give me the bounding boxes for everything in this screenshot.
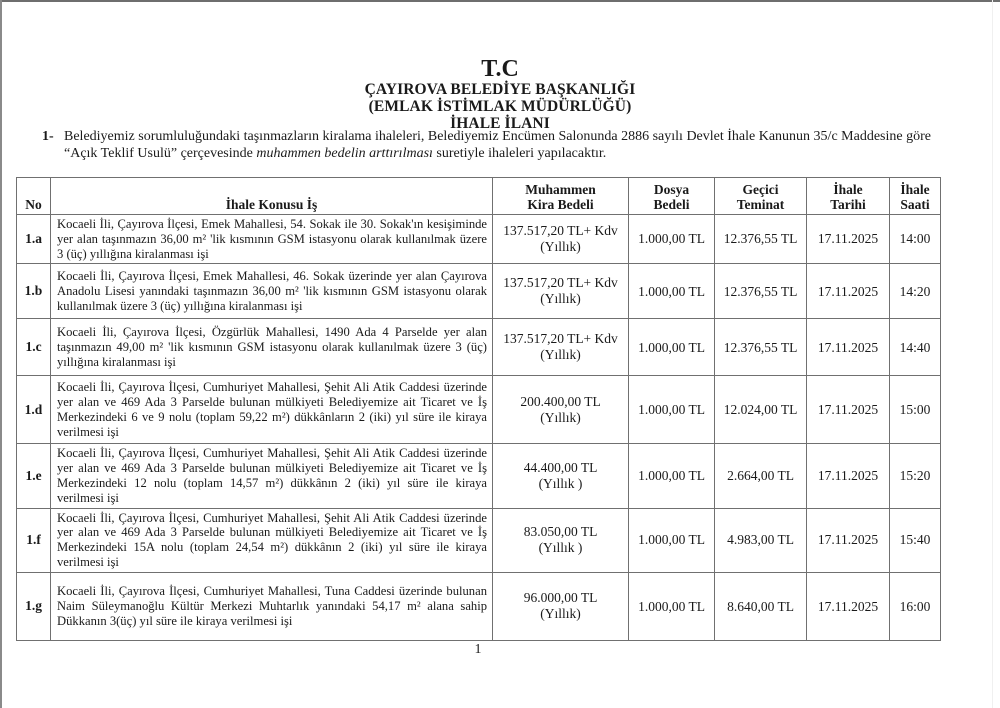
table-row: 1.cKocaeli İli, Çayırova İlçesi, Özgürlü… <box>17 319 941 376</box>
cell-deposit: 12.024,00 TL <box>715 376 807 444</box>
page-number: 1 <box>0 642 956 658</box>
cell-file-fee: 1.000,00 TL <box>629 572 715 640</box>
rent-price-amount: 96.000,00 TL <box>493 590 628 606</box>
cell-no: 1.a <box>17 215 51 264</box>
cell-subject: Kocaeli İli, Çayırova İlçesi, Emek Mahal… <box>51 215 493 264</box>
column-header-line: Tarihi <box>807 197 889 212</box>
rent-price-period: (Yıllık ) <box>493 476 628 492</box>
cell-time: 14:00 <box>890 215 941 264</box>
cell-no: 1.c <box>17 319 51 376</box>
cell-deposit: 12.376,55 TL <box>715 215 807 264</box>
intro-line-1: Belediyemiz sorumluluğundaki taşınmazlar… <box>64 128 931 145</box>
cell-date: 17.11.2025 <box>807 264 890 319</box>
cell-subject: Kocaeli İli, Çayırova İlçesi, Emek Mahal… <box>51 264 493 319</box>
column-header-line: Muhammen <box>493 182 628 197</box>
heading-department: (EMLAK İSTİMLAK MÜDÜRLÜĞÜ) <box>0 98 1000 116</box>
cell-file-fee: 1.000,00 TL <box>629 215 715 264</box>
intro-line-2-end: suretiyle ihaleleri yapılacaktır. <box>433 146 606 161</box>
intro-line-2: “Açık Teklif Usulü” çerçevesinde muhamme… <box>64 145 606 162</box>
intro-line-2-start: “Açık Teklif Usulü” çerçevesinde <box>64 146 256 161</box>
cell-rent-price: 96.000,00 TL(Yıllık) <box>493 572 629 640</box>
column-header-line: Geçici <box>715 182 806 197</box>
cell-deposit: 2.664,00 TL <box>715 444 807 508</box>
cell-subject: Kocaeli İli, Çayırova İlçesi, Özgürlük M… <box>51 319 493 376</box>
intro-number: 1- <box>42 128 54 145</box>
cell-date: 17.11.2025 <box>807 444 890 508</box>
column-header-line: No <box>17 197 50 212</box>
column-header-line: Teminat <box>715 197 806 212</box>
cell-date: 17.11.2025 <box>807 508 890 572</box>
heading-municipality: ÇAYIROVA BELEDİYE BAŞKANLIĞI <box>0 81 1000 99</box>
cell-no: 1.d <box>17 376 51 444</box>
cell-no: 1.g <box>17 572 51 640</box>
column-header-line: İhale <box>890 182 940 197</box>
rent-price-period: (Yıllık) <box>493 347 628 363</box>
cell-time: 15:00 <box>890 376 941 444</box>
cell-date: 17.11.2025 <box>807 319 890 376</box>
column-header-rent-price: MuhammenKira Bedeli <box>493 178 629 215</box>
cell-file-fee: 1.000,00 TL <box>629 319 715 376</box>
cell-rent-price: 44.400,00 TL(Yıllık ) <box>493 444 629 508</box>
column-header-line: Kira Bedeli <box>493 197 628 212</box>
cell-rent-price: 200.400,00 TL(Yıllık) <box>493 376 629 444</box>
scan-edge-top <box>0 0 1000 2</box>
cell-no: 1.f <box>17 508 51 572</box>
rent-price-amount: 137.517,20 TL+ Kdv <box>493 275 628 291</box>
cell-subject: Kocaeli İli, Çayırova İlçesi, Cumhuriyet… <box>51 572 493 640</box>
cell-deposit: 12.376,55 TL <box>715 264 807 319</box>
cell-deposit: 4.983,00 TL <box>715 508 807 572</box>
cell-time: 14:40 <box>890 319 941 376</box>
cell-file-fee: 1.000,00 TL <box>629 264 715 319</box>
cell-subject: Kocaeli İli, Çayırova İlçesi, Cumhuriyet… <box>51 508 493 572</box>
rent-price-period: (Yıllık) <box>493 410 628 426</box>
table-row: 1.bKocaeli İli, Çayırova İlçesi, Emek Ma… <box>17 264 941 319</box>
column-header-file-fee: DosyaBedeli <box>629 178 715 215</box>
cell-date: 17.11.2025 <box>807 215 890 264</box>
cell-rent-price: 83.050,00 TL(Yıllık ) <box>493 508 629 572</box>
rent-price-period: (Yıllık) <box>493 606 628 622</box>
rent-price-amount: 200.400,00 TL <box>493 394 628 410</box>
rent-price-amount: 137.517,20 TL+ Kdv <box>493 331 628 347</box>
cell-deposit: 12.376,55 TL <box>715 319 807 376</box>
table-row: 1.dKocaeli İli, Çayırova İlçesi, Cumhuri… <box>17 376 941 444</box>
cell-no: 1.b <box>17 264 51 319</box>
rent-price-period: (Yıllık ) <box>493 540 628 556</box>
cell-file-fee: 1.000,00 TL <box>629 508 715 572</box>
table-row: 1.eKocaeli İli, Çayırova İlçesi, Cumhuri… <box>17 444 941 508</box>
column-header-line: İhale Konusu İş <box>51 197 492 212</box>
table-header-row: Noİhale Konusu İşMuhammenKira BedeliDosy… <box>17 178 941 215</box>
cell-file-fee: 1.000,00 TL <box>629 444 715 508</box>
rent-price-period: (Yıllık) <box>493 291 628 307</box>
column-header-deposit: GeçiciTeminat <box>715 178 807 215</box>
cell-subject: Kocaeli İli, Çayırova İlçesi, Cumhuriyet… <box>51 444 493 508</box>
cell-time: 16:00 <box>890 572 941 640</box>
heading-tc: T.C <box>0 56 1000 82</box>
column-header-line: Saati <box>890 197 940 212</box>
table-body: 1.aKocaeli İli, Çayırova İlçesi, Emek Ma… <box>17 215 941 641</box>
cell-rent-price: 137.517,20 TL+ Kdv(Yıllık) <box>493 319 629 376</box>
column-header-line: Bedeli <box>629 197 714 212</box>
table-row: 1.gKocaeli İli, Çayırova İlçesi, Cumhuri… <box>17 572 941 640</box>
cell-rent-price: 137.517,20 TL+ Kdv(Yıllık) <box>493 264 629 319</box>
tender-table: Noİhale Konusu İşMuhammenKira BedeliDosy… <box>16 177 941 641</box>
cell-date: 17.11.2025 <box>807 376 890 444</box>
column-header-time: İhaleSaati <box>890 178 941 215</box>
rent-price-period: (Yıllık) <box>493 239 628 255</box>
table-row: 1.aKocaeli İli, Çayırova İlçesi, Emek Ma… <box>17 215 941 264</box>
rent-price-amount: 137.517,20 TL+ Kdv <box>493 223 628 239</box>
cell-subject: Kocaeli İli, Çayırova İlçesi, Cumhuriyet… <box>51 376 493 444</box>
column-header-line: İhale <box>807 182 889 197</box>
column-header-no: No <box>17 178 51 215</box>
cell-rent-price: 137.517,20 TL+ Kdv(Yıllık) <box>493 215 629 264</box>
cell-file-fee: 1.000,00 TL <box>629 376 715 444</box>
intro-line-2-emphasis: muhammen bedelin arttırılması <box>256 146 433 161</box>
rent-price-amount: 44.400,00 TL <box>493 460 628 476</box>
cell-time: 15:20 <box>890 444 941 508</box>
rent-price-amount: 83.050,00 TL <box>493 524 628 540</box>
table-row: 1.fKocaeli İli, Çayırova İlçesi, Cumhuri… <box>17 508 941 572</box>
column-header-subject: İhale Konusu İş <box>51 178 493 215</box>
cell-date: 17.11.2025 <box>807 572 890 640</box>
cell-time: 14:20 <box>890 264 941 319</box>
column-header-line: Dosya <box>629 182 714 197</box>
cell-time: 15:40 <box>890 508 941 572</box>
column-header-date: İhaleTarihi <box>807 178 890 215</box>
cell-deposit: 8.640,00 TL <box>715 572 807 640</box>
cell-no: 1.e <box>17 444 51 508</box>
